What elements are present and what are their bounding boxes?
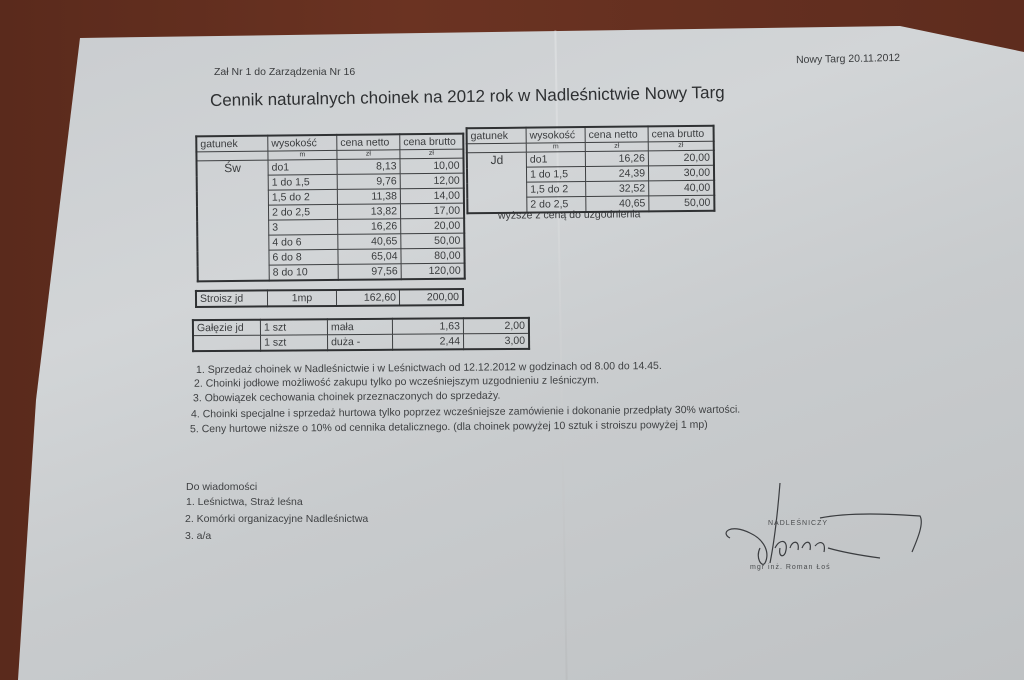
signature-scribble-icon	[720, 478, 930, 578]
brutto-cell: 50,00	[401, 233, 465, 249]
netto-cell: 65,04	[338, 249, 401, 265]
distribution-item: 2. Komórki organizacyjne Nadleśnictwa	[185, 513, 368, 525]
price-table-sw: gatunekwysokośćcena nettocena bruttomzłz…	[195, 133, 466, 283]
stroisz-unit: 1mp	[267, 290, 336, 306]
distribution-heading: Do wiadomości	[186, 481, 257, 493]
distribution-item: 3. a/a	[185, 530, 211, 542]
table-header-row: gatunekwysokośćcena nettocena brutto	[467, 126, 714, 144]
galezie-brutto: 2,00	[463, 318, 529, 334]
height-cell: 1,5 do 2	[268, 189, 337, 205]
stroisz-brutto: 200,00	[399, 289, 463, 305]
brutto-cell: 120,00	[401, 263, 465, 279]
netto-cell: 16,26	[338, 219, 401, 235]
stamp-name: mgr inż. Roman Łoś	[750, 564, 831, 571]
attachment-ref: Zał Nr 1 do Zarządzenia Nr 16	[214, 66, 355, 78]
stroisz-label: Stroisz jd	[196, 290, 268, 306]
column-header: gatunek	[196, 136, 268, 152]
height-cell: 4 do 6	[269, 234, 338, 250]
species-cell: Św	[197, 160, 270, 281]
column-header: cena netto	[337, 134, 400, 150]
table-row: Stroisz jd 1mp 162,60 200,00	[196, 289, 463, 307]
stroisz-netto: 162,60	[336, 290, 399, 306]
galezie-label: Gałęzie jd	[193, 320, 261, 336]
netto-cell: 13,82	[337, 204, 400, 220]
galezie-netto: 1,63	[392, 318, 463, 334]
galezie-unit: 1 szt	[261, 335, 328, 351]
galezie-label-empty	[193, 335, 261, 351]
netto-cell: 24,39	[585, 166, 648, 182]
column-header: cena netto	[585, 126, 648, 142]
signature: NADLEŚNICZY mgr inż. Roman Łoś	[720, 478, 930, 578]
column-header: wysokość	[526, 127, 585, 143]
column-header: gatunek	[467, 128, 527, 144]
price-table-stroisz: Stroisz jd 1mp 162,60 200,00	[195, 288, 464, 308]
brutto-cell: 20,00	[401, 218, 465, 234]
species-cell: Jd	[467, 152, 527, 213]
height-cell: 1 do 1,5	[268, 174, 337, 190]
netto-cell: 16,26	[585, 151, 648, 167]
stamp-title: NADLEŚNICZY	[768, 520, 828, 527]
brutto-cell: 14,00	[400, 188, 464, 204]
table-row: 1 szt duża - 2,44 3,00	[193, 333, 529, 351]
height-cell: 2 do 2,5	[268, 204, 337, 220]
netto-cell: 9,76	[337, 174, 400, 190]
galezie-size: duża -	[328, 334, 393, 350]
netto-cell: 97,56	[338, 264, 401, 280]
height-cell: do1	[526, 152, 585, 168]
height-cell: 1,5 do 2	[527, 182, 586, 198]
place-date: Nowy Targ 20.11.2012	[796, 52, 900, 66]
price-table-galezie: Gałęzie jd 1 szt mała 1,63 2,00 1 szt du…	[192, 317, 530, 352]
galezie-unit: 1 szt	[260, 319, 327, 335]
galezie-size: mała	[327, 319, 392, 335]
brutto-cell: 80,00	[401, 248, 465, 264]
height-cell: do1	[268, 159, 337, 175]
jd-note: wyższe z ceną do uzgodnienia	[498, 208, 641, 221]
netto-cell: 8,13	[337, 159, 400, 175]
brutto-cell: 12,00	[400, 173, 464, 189]
height-cell: 6 do 8	[269, 249, 338, 265]
price-table-jd: gatunekwysokośćcena nettocena bruttomzłz…	[466, 125, 716, 215]
height-cell: 3	[269, 219, 338, 235]
brutto-cell: 40,00	[649, 180, 715, 196]
distribution-item: 1. Leśnictwa, Straż leśna	[186, 496, 303, 508]
galezie-brutto: 3,00	[463, 333, 529, 349]
brutto-cell: 20,00	[648, 150, 714, 166]
column-header: cena brutto	[400, 134, 464, 150]
netto-cell: 40,65	[338, 234, 401, 250]
netto-cell: 11,38	[337, 189, 400, 205]
galezie-netto: 2,44	[392, 334, 463, 350]
brutto-cell: 10,00	[400, 158, 464, 174]
height-cell: 8 do 10	[269, 264, 338, 280]
brutto-cell: 50,00	[649, 195, 715, 211]
brutto-cell: 30,00	[648, 165, 714, 181]
brutto-cell: 17,00	[400, 203, 464, 219]
netto-cell: 32,52	[586, 181, 649, 197]
column-header: wysokość	[268, 135, 337, 151]
height-cell: 1 do 1,5	[526, 167, 585, 183]
column-header: cena brutto	[648, 126, 714, 142]
